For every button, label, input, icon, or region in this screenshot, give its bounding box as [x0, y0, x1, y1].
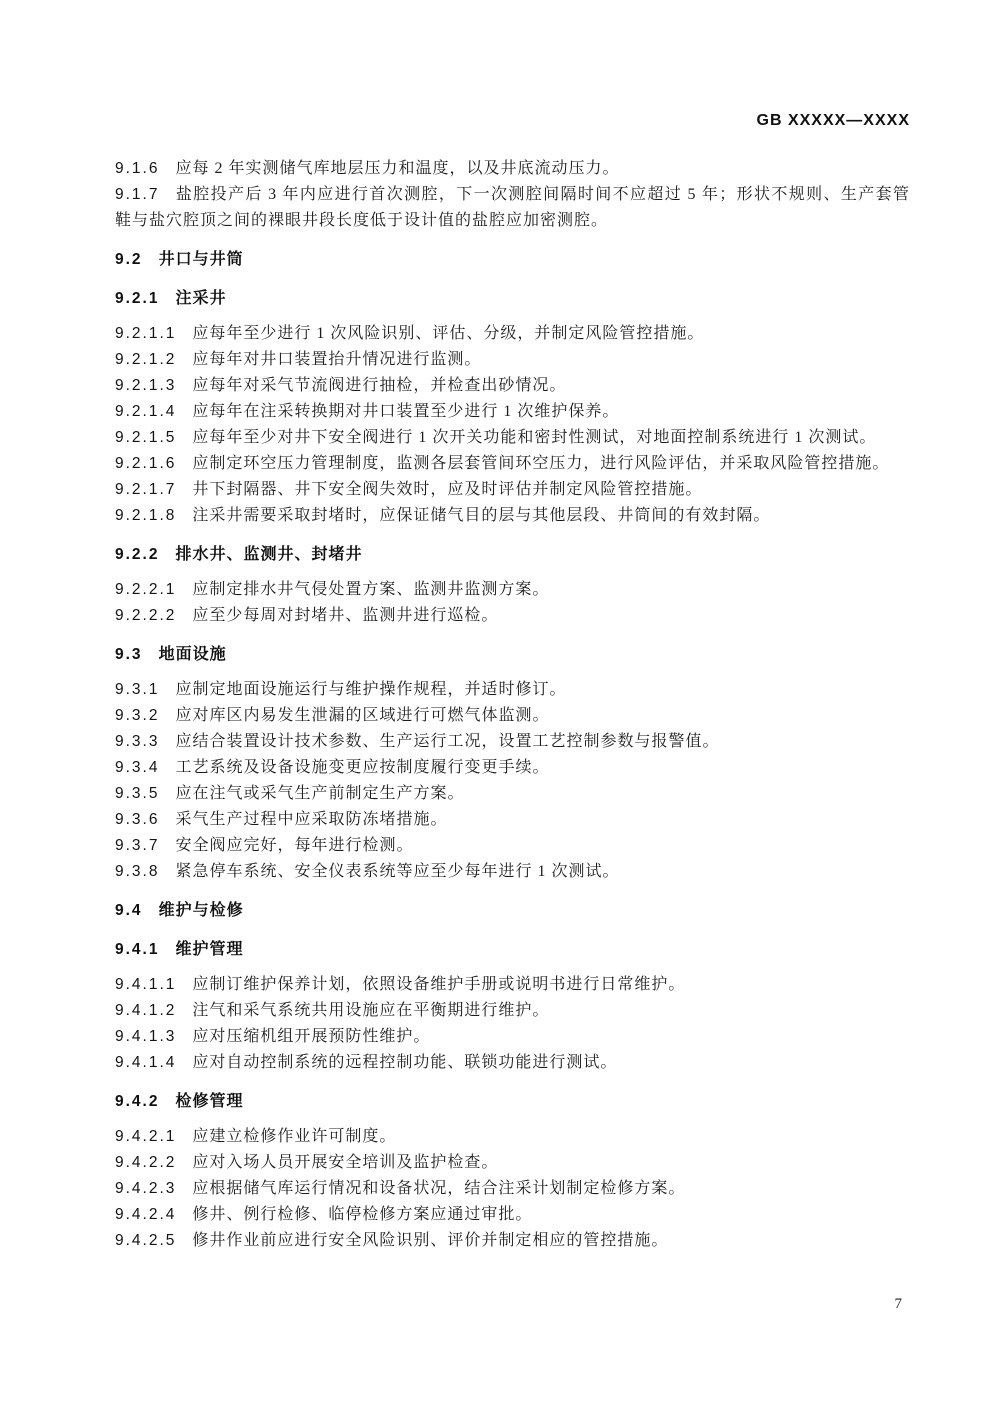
- clause-number: 9.4.2.5: [115, 1232, 176, 1249]
- clause-paragraph: 9.2.1.2应每年对井口装置抬升情况进行监测。: [115, 347, 910, 373]
- clause-paragraph: 9.4.1.3应对压缩机组开展预防性维护。: [115, 1024, 910, 1050]
- clause-text: 采气生产过程中应采取防冻堵措施。: [175, 811, 447, 828]
- clause-paragraph: 9.3.1应制定地面设施运行与维护操作规程，并适时修订。: [115, 677, 910, 703]
- heading-text: 维护管理: [175, 941, 243, 958]
- clause-text: 应对库区内易发生泄漏的区域进行可燃气体监测。: [175, 707, 549, 724]
- section-heading: 9.4.1维护管理: [115, 937, 910, 963]
- clause-text: 修井、例行检修、临停检修方案应通过审批。: [192, 1206, 532, 1223]
- section-heading: 9.2.2排水井、监测井、封堵井: [115, 542, 910, 568]
- clause-number: 9.2.1.2: [115, 351, 176, 368]
- clause-text: 应至少每周对封堵井、监测井进行巡检。: [192, 607, 498, 624]
- clause-paragraph: 9.3.8紧急停车系统、安全仪表系统等应至少每年进行 1 次测试。: [115, 859, 910, 885]
- clause-text: 井下封隔器、井下安全阀失效时，应及时评估并制定风险管控措施。: [192, 481, 702, 498]
- clause-paragraph: 9.4.2.5修井作业前应进行安全风险识别、评价并制定相应的管控措施。: [115, 1228, 910, 1254]
- heading-text: 井口与井筒: [159, 251, 244, 268]
- clause-text: 修井作业前应进行安全风险识别、评价并制定相应的管控措施。: [192, 1232, 668, 1249]
- section-heading: 9.4维护与检修: [115, 898, 910, 924]
- clause-text: 应对入场人员开展安全培训及监护检查。: [192, 1154, 498, 1171]
- clause-text: 应每 2 年实测储气库地层压力和温度，以及井底流动压力。: [175, 160, 619, 177]
- clause-text: 应每年对井口装置抬升情况进行监测。: [192, 351, 481, 368]
- clause-text: 注采井需要采取封堵时，应保证储气目的层与其他层段、井筒间的有效封隔。: [192, 507, 770, 524]
- clause-number: 9.1.6: [115, 160, 159, 177]
- clause-paragraph: 9.3.6采气生产过程中应采取防冻堵措施。: [115, 807, 910, 833]
- section-heading: 9.2井口与井筒: [115, 247, 910, 273]
- standard-code-header: GB XXXXX—XXXX: [115, 112, 910, 130]
- clause-text: 应每年至少对井下安全阀进行 1 次开关功能和密封性测试，对地面控制系统进行 1 …: [192, 429, 876, 446]
- clause-text: 应对自动控制系统的远程控制功能、联锁功能进行测试。: [192, 1054, 617, 1071]
- heading-text: 检修管理: [175, 1093, 243, 1110]
- clause-paragraph: 9.3.3应结合装置设计技术参数、生产运行工况，设置工艺控制参数与报警值。: [115, 729, 910, 755]
- clause-text: 应在注气或采气生产前制定生产方案。: [175, 785, 464, 802]
- clause-number: 9.4.2.2: [115, 1154, 176, 1171]
- clause-paragraph: 9.2.1.3应每年对采气节流阀进行抽检，并检查出砂情况。: [115, 373, 910, 399]
- clause-text: 应对压缩机组开展预防性维护。: [192, 1028, 430, 1045]
- clause-number: 9.3.7: [115, 837, 159, 854]
- clause-number: 9.2.1.7: [115, 481, 176, 498]
- clause-text: 应制定地面设施运行与维护操作规程，并适时修订。: [175, 681, 566, 698]
- clause-number: 9.4.1.2: [115, 1002, 176, 1019]
- clause-number: 9.4.2.4: [115, 1206, 176, 1223]
- heading-text: 排水井、监测井、封堵井: [175, 546, 362, 563]
- section-heading: 9.4.2检修管理: [115, 1089, 910, 1115]
- page-number: 7: [895, 1296, 903, 1313]
- clause-paragraph: 9.4.1.1应制订维护保养计划，依照设备维护手册或说明书进行日常维护。: [115, 972, 910, 998]
- heading-text: 维护与检修: [159, 902, 244, 919]
- clause-text: 紧急停车系统、安全仪表系统等应至少每年进行 1 次测试。: [175, 863, 619, 880]
- clause-text: 盐腔投产后 3 年内应进行首次测腔，下一次测腔间隔时间不应超过 5 年；形状不规…: [115, 186, 910, 229]
- clause-number: 9.4.2.1: [115, 1128, 176, 1145]
- clause-number: 9.3.3: [115, 733, 159, 750]
- clause-number: 9.2.1: [115, 290, 159, 307]
- clause-paragraph: 9.1.6应每 2 年实测储气库地层压力和温度，以及井底流动压力。: [115, 156, 910, 182]
- clause-paragraph: 9.2.2.2应至少每周对封堵井、监测井进行巡检。: [115, 603, 910, 629]
- clause-paragraph: 9.4.2.3应根据储气库运行情况和设备状况，结合注采计划制定检修方案。: [115, 1176, 910, 1202]
- clause-paragraph: 9.4.2.2应对入场人员开展安全培训及监护检查。: [115, 1150, 910, 1176]
- clause-number: 9.1.7: [115, 186, 159, 203]
- clause-text: 注气和采气系统共用设施应在平衡期进行维护。: [192, 1002, 549, 1019]
- clause-paragraph: 9.3.5应在注气或采气生产前制定生产方案。: [115, 781, 910, 807]
- clause-number: 9.2.1.5: [115, 429, 176, 446]
- clause-paragraph: 9.2.1.4应每年在注采转换期对井口装置至少进行 1 次维护保养。: [115, 399, 910, 425]
- clause-number: 9.4.2: [115, 1093, 159, 1110]
- clause-number: 9.2.1.8: [115, 507, 176, 524]
- clause-number: 9.2.1.1: [115, 325, 176, 342]
- clause-text: 应每年至少进行 1 次风险识别、评估、分级，并制定风险管控措施。: [192, 325, 704, 342]
- clause-text: 应每年对采气节流阀进行抽检，并检查出砂情况。: [192, 377, 566, 394]
- clause-number: 9.2.1.4: [115, 403, 176, 420]
- clause-paragraph: 9.1.7盐腔投产后 3 年内应进行首次测腔，下一次测腔间隔时间不应超过 5 年…: [115, 182, 910, 234]
- section-heading: 9.2.1注采井: [115, 286, 910, 312]
- clause-paragraph: 9.2.1.7井下封隔器、井下安全阀失效时，应及时评估并制定风险管控措施。: [115, 477, 910, 503]
- clause-paragraph: 9.4.2.4修井、例行检修、临停检修方案应通过审批。: [115, 1202, 910, 1228]
- clause-text: 应制定环空压力管理制度，监测各层套管间环空压力，进行风险评估，并采取风险管控措施…: [192, 455, 889, 472]
- clause-text: 应建立检修作业许可制度。: [192, 1128, 396, 1145]
- document-page: GB XXXXX—XXXX 9.1.6应每 2 年实测储气库地层压力和温度，以及…: [0, 0, 1000, 1414]
- clause-number: 9.4.1.3: [115, 1028, 176, 1045]
- clause-number: 9.4.2.3: [115, 1180, 176, 1197]
- clause-number: 9.3.1: [115, 681, 159, 698]
- clause-number: 9.3.5: [115, 785, 159, 802]
- clause-text: 应根据储气库运行情况和设备状况，结合注采计划制定检修方案。: [192, 1180, 685, 1197]
- document-body: 9.1.6应每 2 年实测储气库地层压力和温度，以及井底流动压力。9.1.7盐腔…: [115, 156, 910, 1254]
- heading-text: 地面设施: [159, 646, 227, 663]
- clause-paragraph: 9.4.2.1应建立检修作业许可制度。: [115, 1124, 910, 1150]
- clause-paragraph: 9.2.1.5应每年至少对井下安全阀进行 1 次开关功能和密封性测试，对地面控制…: [115, 425, 910, 451]
- clause-paragraph: 9.3.2应对库区内易发生泄漏的区域进行可燃气体监测。: [115, 703, 910, 729]
- clause-number: 9.3.6: [115, 811, 159, 828]
- section-heading: 9.3地面设施: [115, 642, 910, 668]
- clause-paragraph: 9.2.1.8注采井需要采取封堵时，应保证储气目的层与其他层段、井筒间的有效封隔…: [115, 503, 910, 529]
- clause-number: 9.3.2: [115, 707, 159, 724]
- clause-text: 应制订维护保养计划，依照设备维护手册或说明书进行日常维护。: [192, 976, 685, 993]
- clause-paragraph: 9.3.4工艺系统及设备设施变更应按制度履行变更手续。: [115, 755, 910, 781]
- clause-paragraph: 9.3.7安全阀应完好，每年进行检测。: [115, 833, 910, 859]
- clause-paragraph: 9.2.2.1应制定排水井气侵处置方案、监测井监测方案。: [115, 577, 910, 603]
- clause-number: 9.3.4: [115, 759, 159, 776]
- clause-number: 9.2.2.2: [115, 607, 176, 624]
- clause-number: 9.4.1.1: [115, 976, 176, 993]
- clause-paragraph: 9.4.1.2注气和采气系统共用设施应在平衡期进行维护。: [115, 998, 910, 1024]
- clause-number: 9.2.1.6: [115, 455, 176, 472]
- clause-number: 9.4: [115, 902, 143, 919]
- clause-number: 9.2.2.1: [115, 581, 176, 598]
- clause-number: 9.4.1: [115, 941, 159, 958]
- clause-text: 工艺系统及设备设施变更应按制度履行变更手续。: [175, 759, 549, 776]
- heading-text: 注采井: [175, 290, 226, 307]
- clause-paragraph: 9.2.1.1应每年至少进行 1 次风险识别、评估、分级，并制定风险管控措施。: [115, 321, 910, 347]
- clause-number: 9.3: [115, 646, 143, 663]
- clause-number: 9.4.1.4: [115, 1054, 176, 1071]
- clause-paragraph: 9.2.1.6应制定环空压力管理制度，监测各层套管间环空压力，进行风险评估，并采…: [115, 451, 910, 477]
- clause-text: 应每年在注采转换期对井口装置至少进行 1 次维护保养。: [192, 403, 619, 420]
- clause-paragraph: 9.4.1.4应对自动控制系统的远程控制功能、联锁功能进行测试。: [115, 1050, 910, 1076]
- clause-text: 应制定排水井气侵处置方案、监测井监测方案。: [192, 581, 549, 598]
- clause-number: 9.2.2: [115, 546, 159, 563]
- clause-text: 应结合装置设计技术参数、生产运行工况，设置工艺控制参数与报警值。: [175, 733, 719, 750]
- clause-number: 9.2.1.3: [115, 377, 176, 394]
- clause-text: 安全阀应完好，每年进行检测。: [175, 837, 413, 854]
- clause-number: 9.3.8: [115, 863, 159, 880]
- clause-number: 9.2: [115, 251, 143, 268]
